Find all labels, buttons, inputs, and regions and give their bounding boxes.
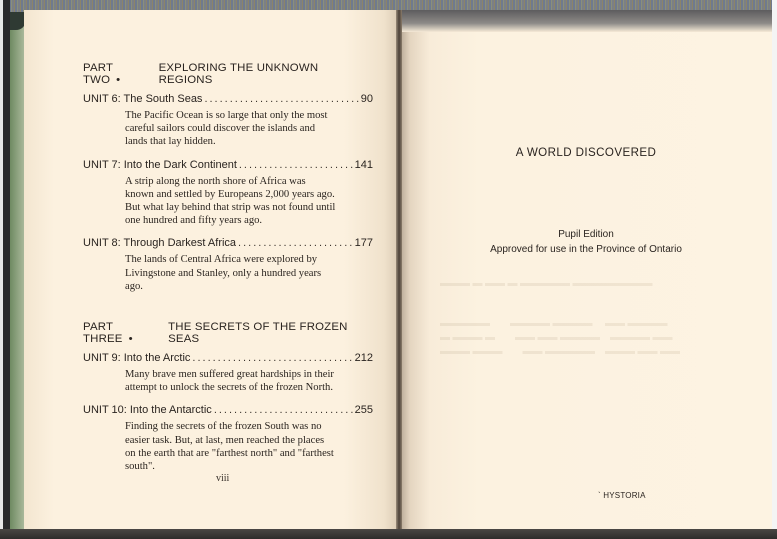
unit-description: The lands of Central Africa were explore… xyxy=(125,253,337,293)
book-cover-green-board xyxy=(10,12,24,532)
part-label: PART TWO xyxy=(83,62,113,86)
part-heading: PART THREE• THE SECRETS OF THE FROZEN SE… xyxy=(83,321,373,345)
right-page-top-shadow xyxy=(400,10,772,32)
toc-entry: UNIT 10: Into the Antarctic ............… xyxy=(83,404,373,473)
toc-entry: UNIT 7: Into the Dark Continent ........… xyxy=(83,159,373,228)
unit-title: UNIT 9: Into the Arctic xyxy=(83,352,190,364)
publisher-mark: ` HYSTORIA xyxy=(598,491,646,500)
unit-description: Finding the secrets of the frozen South … xyxy=(125,420,337,473)
unit-description: Many brave men suffered great hardships … xyxy=(125,368,337,394)
unit-title: UNIT 8: Through Darkest Africa xyxy=(83,237,236,249)
part-title: EXPLORING THE UNKNOWN REGIONS xyxy=(159,62,373,86)
part-label: PART THREE xyxy=(83,321,123,345)
show-through-text: ▬▬▬ ▬ ▬▬ ▬ ▬▬▬▬▬ ▬▬▬▬▬▬▬▬ xyxy=(440,278,653,289)
dot-leader: ........................................… xyxy=(214,404,353,416)
dot-leader: ........................................… xyxy=(192,352,352,364)
edition-label: Pupil Edition xyxy=(400,229,772,240)
page-folio: viii xyxy=(216,473,229,484)
unit-title: UNIT 6: The South Seas xyxy=(83,93,202,105)
unit-title: UNIT 10: Into the Antarctic xyxy=(83,404,212,416)
toc-entry: UNIT 6: The South Seas .................… xyxy=(83,93,373,149)
page-number: 255 xyxy=(355,404,373,416)
show-through-text: ▬▬▬ ▬▬▬ ▬▬ ▬▬▬▬▬ ▬▬▬ ▬▬ ▬▬ xyxy=(440,346,680,357)
toc-entry: UNIT 9: Into the Arctic ................… xyxy=(83,352,373,394)
dot-leader: ........................................… xyxy=(239,159,353,171)
dot-leader: ........................................… xyxy=(238,237,353,249)
show-through-text: ▬▬▬▬▬ ▬▬▬▬ ▬▬▬▬ ▬▬ ▬▬▬▬ xyxy=(440,318,668,329)
part-title: THE SECRETS OF THE FROZEN SEAS xyxy=(168,321,373,345)
dot-leader: ........................................… xyxy=(204,93,358,105)
page-number: 90 xyxy=(361,93,373,105)
part-heading: PART TWO• EXPLORING THE UNKNOWN REGIONS xyxy=(83,62,373,86)
bullet-separator: • xyxy=(129,333,133,345)
spacer xyxy=(83,303,373,321)
background-strip xyxy=(772,0,777,539)
book-cover-edge xyxy=(0,0,10,539)
bullet-separator: • xyxy=(116,74,120,86)
show-through-text: ▬ ▬▬▬ ▬ ▬▬ ▬▬ ▬▬▬▬ ▬▬▬▬ ▬▬ xyxy=(440,332,673,343)
book-bottom-edge xyxy=(0,529,777,539)
unit-title: UNIT 7: Into the Dark Continent xyxy=(83,159,237,171)
unit-description: The Pacific Ocean is so large that only … xyxy=(125,109,337,149)
page-number: 177 xyxy=(355,237,373,249)
page-number: 212 xyxy=(355,352,373,364)
table-of-contents: PART TWO• EXPLORING THE UNKNOWN REGIONS … xyxy=(83,62,373,483)
approval-statement: Approved for use in the Province of Onta… xyxy=(400,244,772,255)
book-title: A WORLD DISCOVERED xyxy=(400,146,772,159)
unit-description: A strip along the north shore of Africa … xyxy=(125,175,337,228)
page-number: 141 xyxy=(355,159,373,171)
toc-entry: UNIT 8: Through Darkest Africa .........… xyxy=(83,237,373,293)
book-spine-gutter xyxy=(396,10,402,531)
